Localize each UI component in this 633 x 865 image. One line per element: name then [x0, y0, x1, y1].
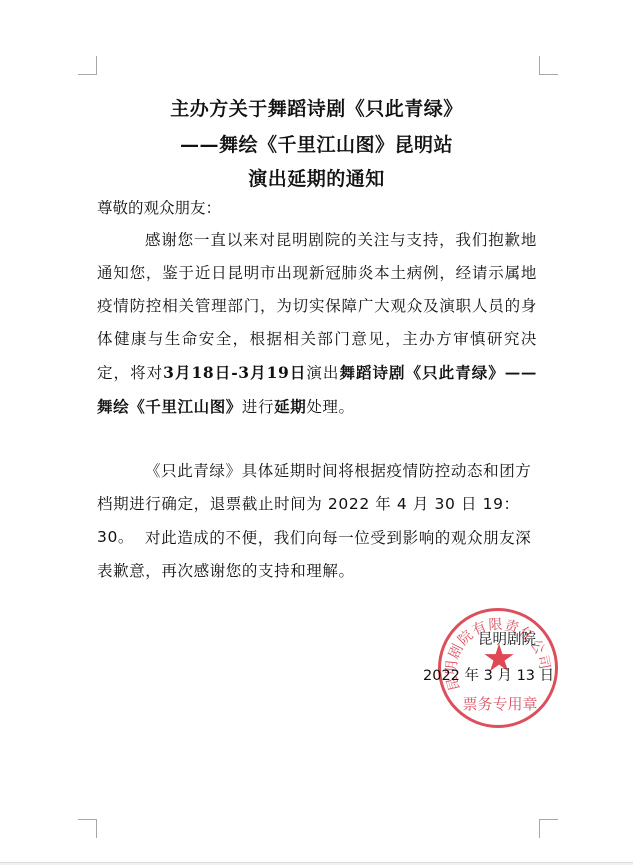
title-line-3: 演出延期的通知 — [0, 164, 633, 191]
paragraph-1-text: 处理。 — [306, 398, 354, 416]
postpone-keyword: 延期 — [274, 397, 306, 416]
document-page: 主办方关于舞蹈诗剧《只此青绿》 ——舞绘《千里江山图》昆明站 演出延期的通知 尊… — [0, 0, 633, 862]
signature-date: 2022 年 3 月 13 日 — [423, 664, 554, 685]
title-line-2: ——舞绘《千里江山图》昆明站 — [0, 130, 633, 157]
signature-organization: 昆明剧院 — [478, 628, 536, 649]
postponed-dates: 3月18日-3月19日 — [163, 363, 306, 382]
corner-mark-bottom-right — [539, 819, 558, 838]
paragraph-1: 感谢您一直以来对昆明剧院的关注与支持，我们抱歉地通知您，鉴于近日昆明市出现新冠肺… — [97, 224, 537, 424]
stamp-center-text: 票务专用章 — [457, 693, 543, 714]
paragraph-3: 对此造成的不便，我们向每一位受到影响的观众朋友深表歉意，再次感谢您的支持和理解。 — [97, 522, 537, 588]
paragraph-1-text: 演出 — [306, 364, 339, 382]
salutation: 尊敬的观众朋友： — [97, 196, 221, 218]
title-line-1: 主办方关于舞蹈诗剧《只此青绿》 — [0, 94, 633, 121]
paragraph-1-text: 感谢您一直以来对昆明剧院的关注与支持，我们抱歉地通知您，鉴于近日昆明市出现新冠肺… — [97, 231, 537, 382]
paragraph-1-text: 进行 — [242, 398, 274, 416]
corner-mark-top-left — [78, 56, 97, 75]
corner-mark-top-right — [539, 56, 558, 75]
corner-mark-bottom-left — [78, 819, 97, 838]
